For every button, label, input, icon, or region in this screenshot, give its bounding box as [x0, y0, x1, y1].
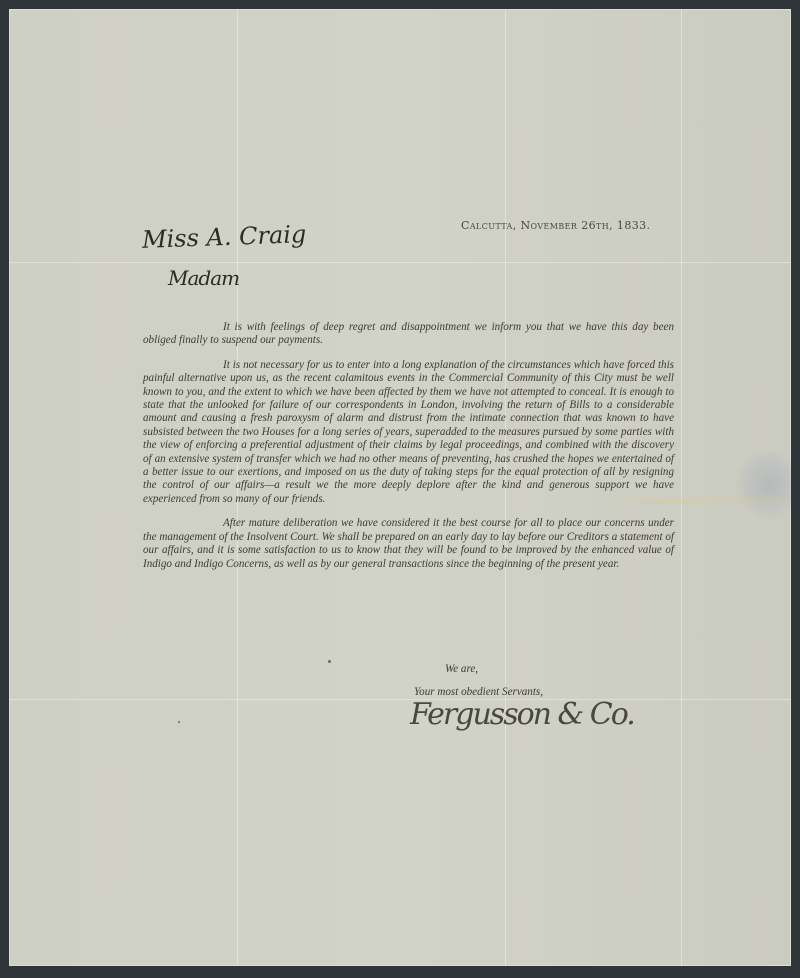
paragraph: It is not necessary for us to enter into…: [143, 359, 674, 506]
paragraph: It is with feelings of deep regret and d…: [143, 321, 674, 348]
salutation-handwritten: Madam: [168, 266, 239, 290]
paragraph: After mature deliberation we have consid…: [143, 517, 674, 571]
fold-line: [9, 262, 791, 263]
ink-speck: [328, 660, 331, 663]
closing-we-are: We are,: [445, 663, 478, 675]
ink-speck: [178, 721, 180, 723]
letter-body: It is with feelings of deep regret and d…: [143, 321, 674, 582]
fold-line: [9, 699, 791, 700]
water-stain: [735, 450, 791, 520]
fold-line: [681, 9, 682, 966]
signature-handwritten: Fergusson & Co.: [410, 697, 634, 732]
dateline: Calcutta, November 26th, 1833.: [461, 219, 650, 232]
recipient-handwritten: Miss A. Craig: [142, 220, 307, 254]
